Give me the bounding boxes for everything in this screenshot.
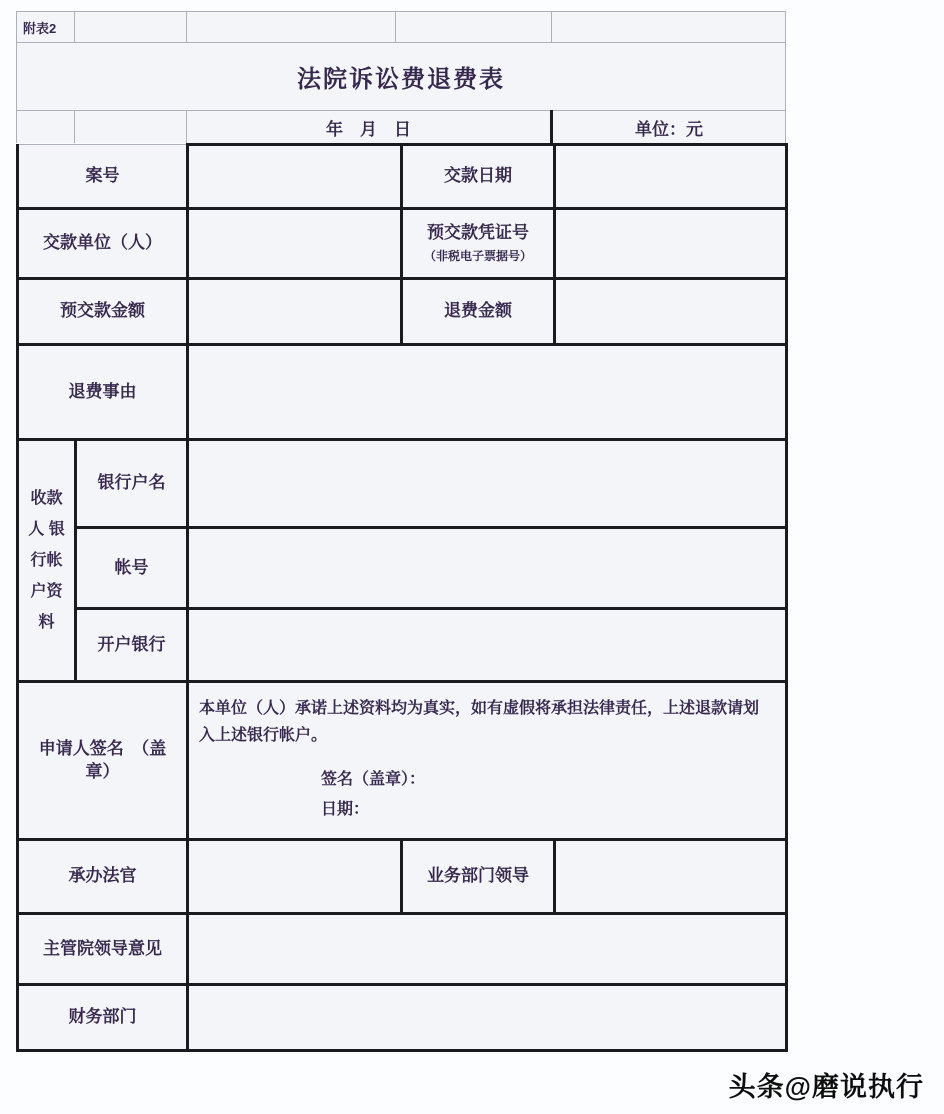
refund-form-document: 附表2 法院诉讼费退费表 年 月 日 单位：元 案号 交款日期 [0, 0, 944, 1114]
bank-branch-label: 开户银行 [76, 609, 188, 682]
refund-reason-value-cell [188, 345, 787, 440]
refund-amount-label: 退费金额 [402, 279, 555, 345]
refund-reason-label: 退费事由 [18, 345, 188, 440]
signature-seal-line: 签名（盖章）： [321, 766, 785, 789]
finance-dept-label: 财务部门 [18, 985, 188, 1051]
applicant-signature-label: 申请人签名 （盖章） [18, 682, 188, 840]
bank-branch-value-cell [188, 609, 787, 682]
signature-date-line: 日期： [321, 796, 785, 819]
header-empty-cell [75, 111, 187, 144]
header-table: 附表2 法院诉讼费退费表 年 月 日 单位：元 [16, 11, 786, 143]
bank-account-no-value-cell [188, 528, 787, 609]
payer-label: 交款单位（人） [18, 209, 188, 279]
chief-opinion-label: 主管院领导意见 [18, 914, 188, 985]
voucher-no-label-main: 预交款凭证号 [403, 222, 553, 245]
judge-value-cell [188, 840, 402, 914]
form-table: 案号 交款日期 交款单位（人） 预交款凭证号 （非税电子票据号） 预交款金额 退… [16, 143, 788, 1052]
prepaid-amount-value-cell [188, 279, 402, 345]
bank-group-cell: 收款人 银行帐户资料 [18, 440, 76, 682]
bank-account-name-label: 银行户名 [76, 440, 188, 528]
form-title: 法院诉讼费退费表 [17, 43, 786, 111]
header-empty-cell [75, 12, 187, 43]
header-empty-cell [187, 12, 396, 43]
payment-date-label: 交款日期 [402, 145, 555, 209]
refund-amount-value-cell [555, 279, 787, 345]
date-line: 年 月 日 [187, 111, 552, 144]
payer-value-cell [188, 209, 402, 279]
voucher-no-value-cell [555, 209, 787, 279]
header-empty-cell [396, 12, 552, 43]
finance-dept-value-cell [188, 985, 787, 1051]
annex-label: 附表2 [17, 12, 75, 43]
bank-account-name-value-cell [188, 440, 787, 528]
header-empty-cell [552, 12, 786, 43]
voucher-no-label: 预交款凭证号 （非税电子票据号） [402, 209, 555, 279]
watermark-text: 头条@磨说执行 [729, 1065, 924, 1104]
chief-opinion-value-cell [188, 914, 787, 985]
bank-account-no-label: 帐号 [76, 528, 188, 609]
prepaid-amount-label: 预交款金额 [18, 279, 188, 345]
case-no-value-cell [188, 145, 402, 209]
case-no-label: 案号 [18, 145, 188, 209]
dept-leader-value-cell [555, 840, 787, 914]
payment-date-value-cell [555, 145, 787, 209]
unit-label: 单位：元 [552, 111, 786, 144]
dept-leader-label: 业务部门领导 [402, 840, 555, 914]
header-empty-cell [17, 111, 75, 144]
voucher-no-label-note: （非税电子票据号） [403, 248, 553, 264]
judge-label: 承办法官 [18, 840, 188, 914]
applicant-statement-cell: 本单位（人）承诺上述资料均为真实，如有虚假将承担法律责任，上述退款请划入上述银行… [188, 682, 787, 840]
applicant-statement: 本单位（人）承诺上述资料均为真实，如有虚假将承担法律责任，上述退款请划入上述银行… [189, 683, 785, 750]
bank-group-label: 收款人 银行帐户资料 [26, 483, 68, 639]
